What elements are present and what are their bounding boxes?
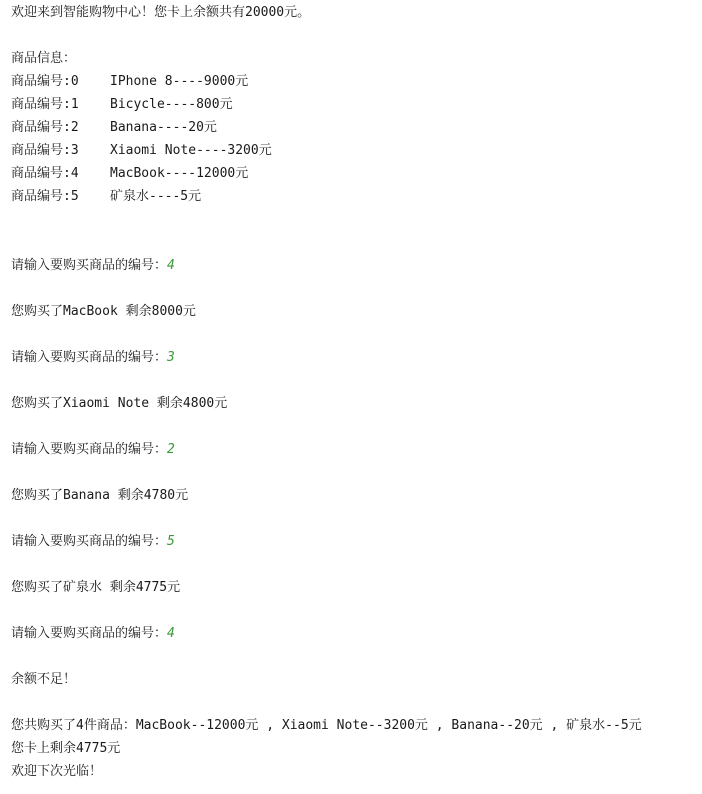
welcome-message: 欢迎来到智能购物中心！您卡上余额共有20000元。 xyxy=(11,3,310,23)
purchase-result: 您购买了Banana 剩余4780元 xyxy=(11,486,188,506)
input-prompt: 请输入要购买商品的编号：2 xyxy=(11,440,175,460)
prompt-text: 请输入要购买商品的编号： xyxy=(11,626,167,641)
purchase-result: 您购买了MacBook 剩余8000元 xyxy=(11,302,196,322)
product-id: 商品编号:1 xyxy=(11,95,110,115)
user-input[interactable]: 4 xyxy=(167,626,175,641)
input-prompt: 请输入要购买商品的编号：4 xyxy=(11,256,175,276)
remaining-balance: 您卡上剩余4775元 xyxy=(11,739,120,759)
user-input[interactable]: 3 xyxy=(167,350,175,365)
purchase-result: 您购买了矿泉水 剩余4775元 xyxy=(11,578,180,598)
product-desc: Xiaomi Note----3200元 xyxy=(110,143,272,158)
insufficient-balance-message: 余额不足！ xyxy=(11,670,76,690)
product-id: 商品编号:0 xyxy=(11,72,110,92)
product-row: 商品编号:0IPhone 8----9000元 xyxy=(11,72,248,92)
prompt-text: 请输入要购买商品的编号： xyxy=(11,534,167,549)
input-prompt: 请输入要购买商品的编号：4 xyxy=(11,624,175,644)
product-desc: Bicycle----800元 xyxy=(110,97,233,112)
product-row: 商品编号:5矿泉水----5元 xyxy=(11,187,201,207)
prompt-text: 请输入要购买商品的编号： xyxy=(11,350,167,365)
product-row: 商品编号:3Xiaomi Note----3200元 xyxy=(11,141,272,161)
product-desc: IPhone 8----9000元 xyxy=(110,74,248,89)
input-prompt: 请输入要购买商品的编号：3 xyxy=(11,348,175,368)
product-row: 商品编号:4MacBook----12000元 xyxy=(11,164,248,184)
product-row: 商品编号:1Bicycle----800元 xyxy=(11,95,233,115)
purchase-summary: 您共购买了4件商品：MacBook--12000元 , Xiaomi Note-… xyxy=(11,716,642,736)
product-id: 商品编号:5 xyxy=(11,187,110,207)
product-desc: MacBook----12000元 xyxy=(110,166,248,181)
product-id: 商品编号:3 xyxy=(11,141,110,161)
input-prompt: 请输入要购买商品的编号：5 xyxy=(11,532,175,552)
product-id: 商品编号:2 xyxy=(11,118,110,138)
product-desc: 矿泉水----5元 xyxy=(110,189,201,204)
product-row: 商品编号:2Banana----20元 xyxy=(11,118,217,138)
prompt-text: 请输入要购买商品的编号： xyxy=(11,258,167,273)
product-header: 商品信息： xyxy=(11,49,76,69)
product-id: 商品编号:4 xyxy=(11,164,110,184)
user-input[interactable]: 2 xyxy=(167,442,175,457)
product-desc: Banana----20元 xyxy=(110,120,217,135)
prompt-text: 请输入要购买商品的编号： xyxy=(11,442,167,457)
farewell-message: 欢迎下次光临！ xyxy=(11,762,102,782)
user-input[interactable]: 5 xyxy=(167,534,175,549)
purchase-result: 您购买了Xiaomi Note 剩余4800元 xyxy=(11,394,227,414)
user-input[interactable]: 4 xyxy=(167,258,175,273)
